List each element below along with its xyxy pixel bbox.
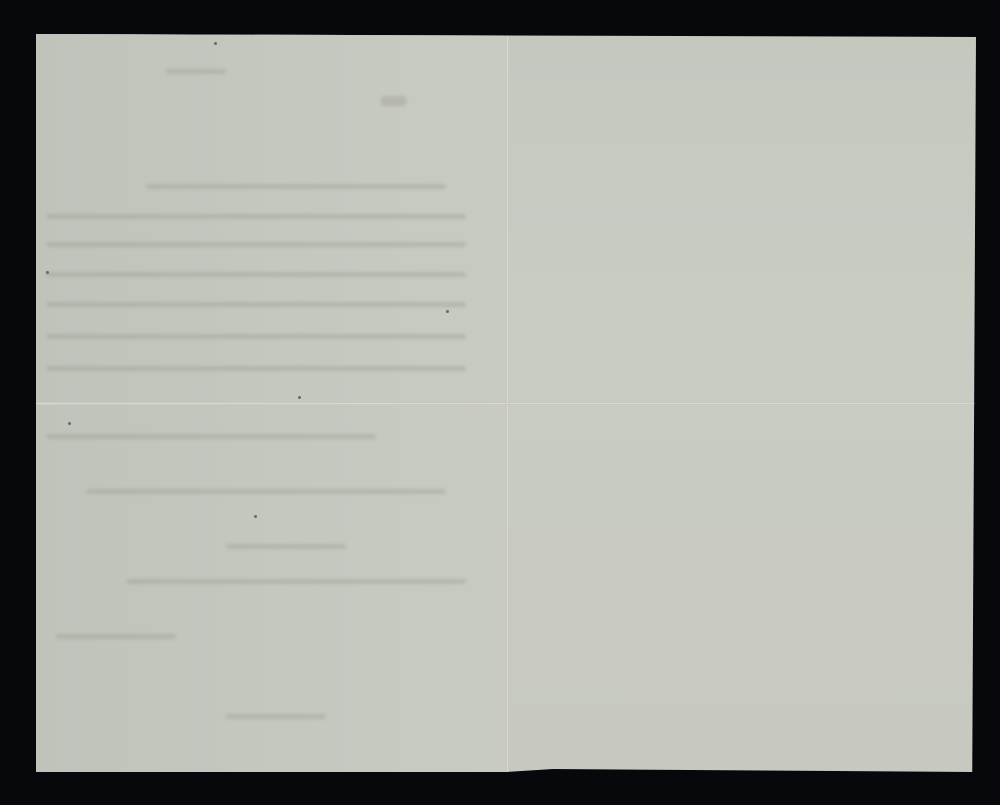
bleed-through-line [46, 302, 466, 307]
bleed-through-line [226, 544, 346, 549]
bleed-through-line [46, 334, 466, 339]
letter-sheet [36, 34, 976, 772]
bleed-through-mark [381, 96, 406, 106]
bleed-through-line [46, 214, 466, 219]
bleed-through-line [86, 489, 446, 494]
bleed-through-line [56, 634, 176, 639]
bleed-through-line [146, 184, 446, 189]
speck [446, 310, 449, 313]
horizontal-fold [36, 402, 976, 405]
bleed-through-line [126, 579, 466, 584]
speck [68, 422, 71, 425]
speck [46, 271, 49, 274]
bleed-through-line [46, 242, 466, 247]
speck [298, 396, 301, 399]
bleed-through-line [46, 366, 466, 371]
bleed-through-line [226, 714, 326, 719]
speck [254, 515, 257, 518]
bleed-through-mark [166, 69, 226, 74]
bleed-through-line [46, 434, 376, 439]
bleed-through-line [46, 272, 466, 277]
speck [214, 42, 217, 45]
